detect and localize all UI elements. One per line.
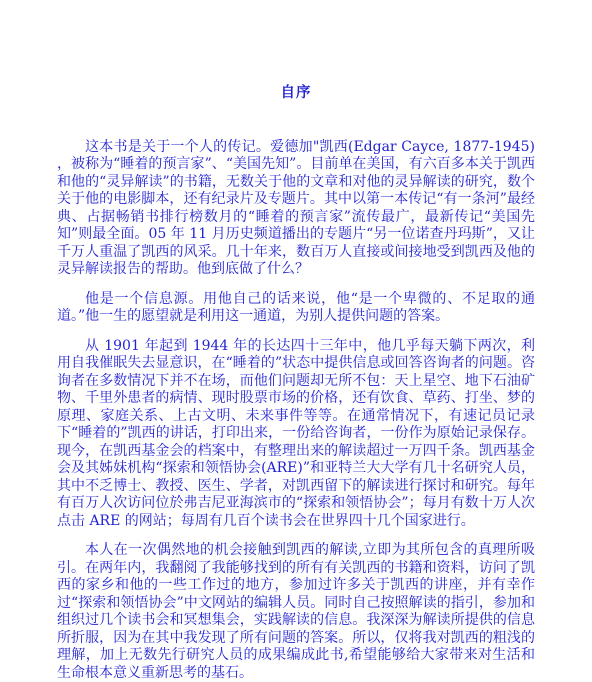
paragraph-readings-history: 从 1901 年起到 1944 年的长达四十三年中，他几乎每天躺下两次，利用自我… <box>57 338 535 531</box>
page-title: 自序 <box>57 84 535 102</box>
document-page: 自序 这本书是关于一个人的传记。爱德加"凯西(Edgar Cayce, 1877… <box>0 0 592 682</box>
paragraph-intro-biography: 这本书是关于一个人的传记。爱德加"凯西(Edgar Cayce, 1877-19… <box>57 139 535 279</box>
paragraph-information-source: 他是一个信息源。用他自己的话来说，他“是一个卑微的、不足取的通道。”他一生的愿望… <box>57 291 535 326</box>
paragraph-author-experience: 本人在一次偶然地的机会接触到凯西的解读,立即为其所包含的真理所吸引。在两年内，我… <box>57 542 535 682</box>
